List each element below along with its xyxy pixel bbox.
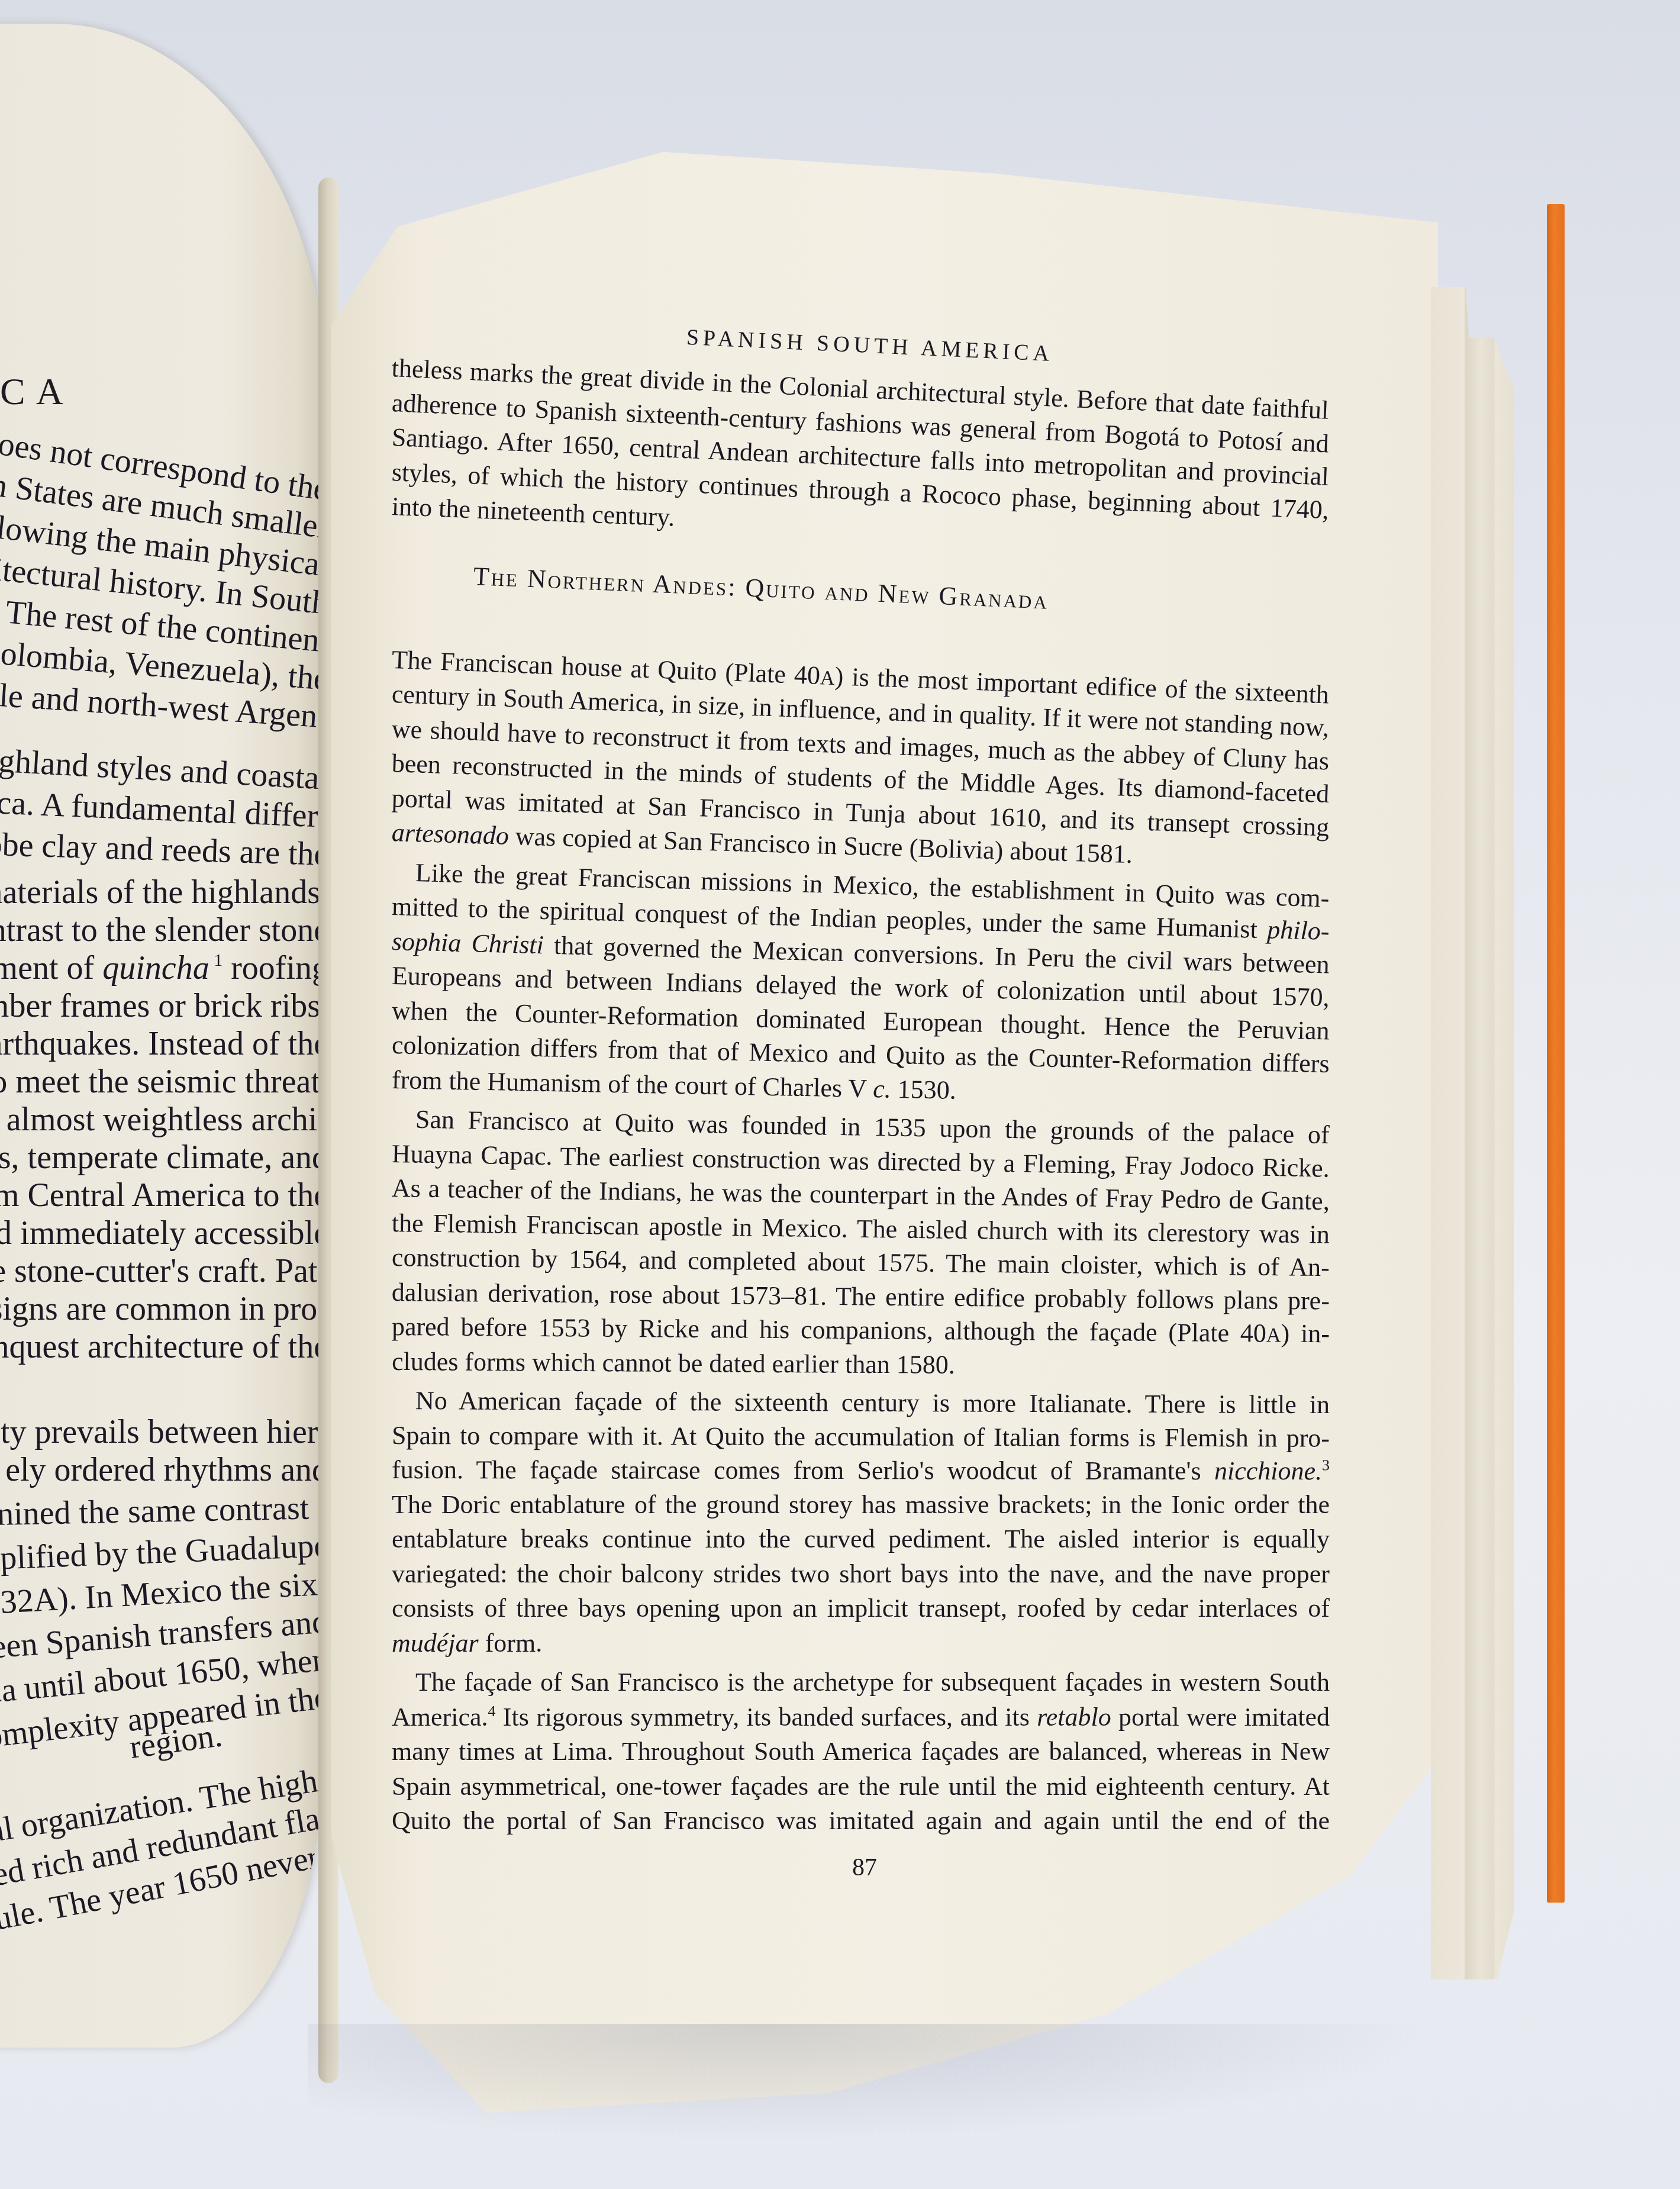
left-page-text-line: earthquakes. Instead of the [0,1027,325,1060]
left-page-text-line: ess, temperate climate, and [0,1141,325,1174]
left-page: CA oes not correspond to thean States ar… [0,24,325,2048]
left-page-text-line: mber frames or brick ribs, [0,989,325,1023]
paragraph-4-line: fusion. The façade staircase comes from … [392,1457,1330,1484]
left-page-text-line: nined the same contrast - [0,1491,325,1531]
paragraph-4-line: mudéjar form. [392,1630,1330,1656]
left-page-text-line: to meet the seismic threat, [0,1065,325,1098]
left-page-text-line: onquest architecture of the [0,1330,325,1363]
paragraph-4-line: consists of three bays opening upon an i… [392,1595,1330,1621]
paragraph-5-line: America.4 Its rigorous symmetry, its ban… [392,1704,1330,1730]
paragraph-4-line: entablature breaks continue into the cur… [392,1526,1330,1552]
left-page-text-line: esigns are common in pro- [0,1292,325,1326]
orange-book-cover-edge [1547,204,1565,1903]
paragraph-4-line: The Doric entablature of the ground stor… [392,1492,1330,1518]
paragraph-5-line: many times at Lima. Throughout South Ame… [392,1739,1330,1765]
page-number: 87 [852,1853,877,1882]
paragraph-5-line: Spain asymmetrical, one-tower façades ar… [392,1774,1330,1800]
paragraph-3-line: pared before 1553 by Ricke and his compa… [392,1314,1330,1347]
left-page-heading-fragment: CA [0,370,74,414]
paragraph-3-line: cludes forms which cannot be dated earli… [392,1349,1330,1381]
left-page-text-line: nd immediately accessible [0,1217,325,1250]
left-page-text-line: lobe clay and reeds are the [0,827,325,871]
left-page-text-line: m Central America to the [0,1179,325,1212]
paragraph-4-line: Spain to compare with it. At Quito the a… [392,1423,1330,1452]
paragraph-4-line: variegated: the choir balcony strides tw… [392,1561,1330,1587]
book-shadow [308,2024,1432,2142]
left-page-text-line: lity prevails between hier- [0,1416,325,1449]
left-page-text-line: ely ordered rhythms and [5,1453,325,1487]
paragraph-5-line: The façade of San Francisco is the arche… [392,1669,1330,1695]
left-page-text-line: naterials of the highlands. [0,876,325,909]
open-book-photo: CA oes not correspond to thean States ar… [0,0,1680,2189]
left-page-text-line: ne stone-cutter's craft. Pat- [0,1255,325,1288]
left-page-text-line: ntrast to the slender stone [0,914,325,947]
paragraph-4-line: No American façade of the sixteenth cent… [392,1388,1330,1418]
left-page-text-line: n almost weightless archi- [0,1103,325,1136]
page-block-edges [1431,287,1514,1980]
left-page-text-line: oment of quincha 1 roofing [0,952,325,985]
paragraph-5-line: Quito the portal of San Francisco was im… [392,1808,1330,1834]
